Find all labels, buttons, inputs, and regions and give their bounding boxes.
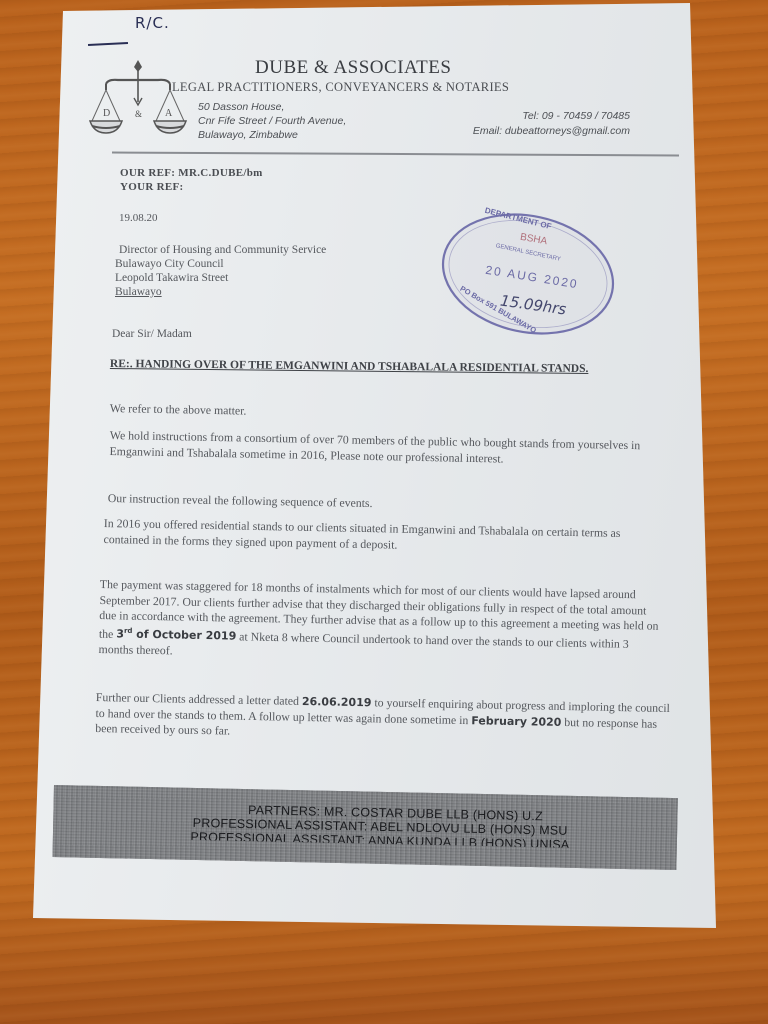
our-reference: OUR REF: MR.C.DUBE/bm — [120, 167, 263, 179]
paragraph: Further our Clients addressed a letter d… — [95, 690, 671, 748]
addressee-line: Director of Housing and Community Servic… — [115, 243, 326, 257]
letter-date-reference: 26.06.2019 — [302, 695, 372, 709]
subject-line: RE:. HANDING OVER OF THE EMGANWINI AND T… — [110, 357, 640, 378]
paragraph: We refer to the above matter. — [110, 401, 650, 427]
letter-body: OUR REF: MR.C.DUBE/bm YOUR REF: 19.08.20… — [0, 0, 768, 1024]
paragraph: We hold instructions from a consortium o… — [109, 428, 657, 470]
letter-date: 19.08.20 — [119, 212, 158, 224]
addressee-line: Bulawayo City Council — [115, 257, 326, 271]
salutation: Dear Sir/ Madam — [112, 328, 192, 340]
footer-partners-band: PARTNERS: MR. COSTAR DUBE LLB (HONS) U.Z… — [52, 785, 677, 870]
meeting-date: 3rd of October 2019 — [116, 627, 236, 642]
followup-date-reference: February 2020 — [471, 714, 561, 729]
paragraph: In 2016 you offered residential stands t… — [103, 516, 659, 558]
addressee-line: Bulawayo — [115, 285, 326, 299]
your-reference: YOUR REF: — [120, 181, 184, 193]
ordinal-suffix: rd — [124, 627, 133, 635]
paragraph: The payment was staggered for 18 months … — [98, 577, 664, 668]
meeting-day: 3 — [116, 627, 124, 640]
paragraph: Our instruction reveal the following seq… — [108, 491, 648, 517]
addressee-block: Director of Housing and Community Servic… — [115, 243, 326, 299]
addressee-line: Leopold Takawira Street — [115, 271, 326, 285]
meeting-month-year: of October 2019 — [132, 628, 236, 643]
